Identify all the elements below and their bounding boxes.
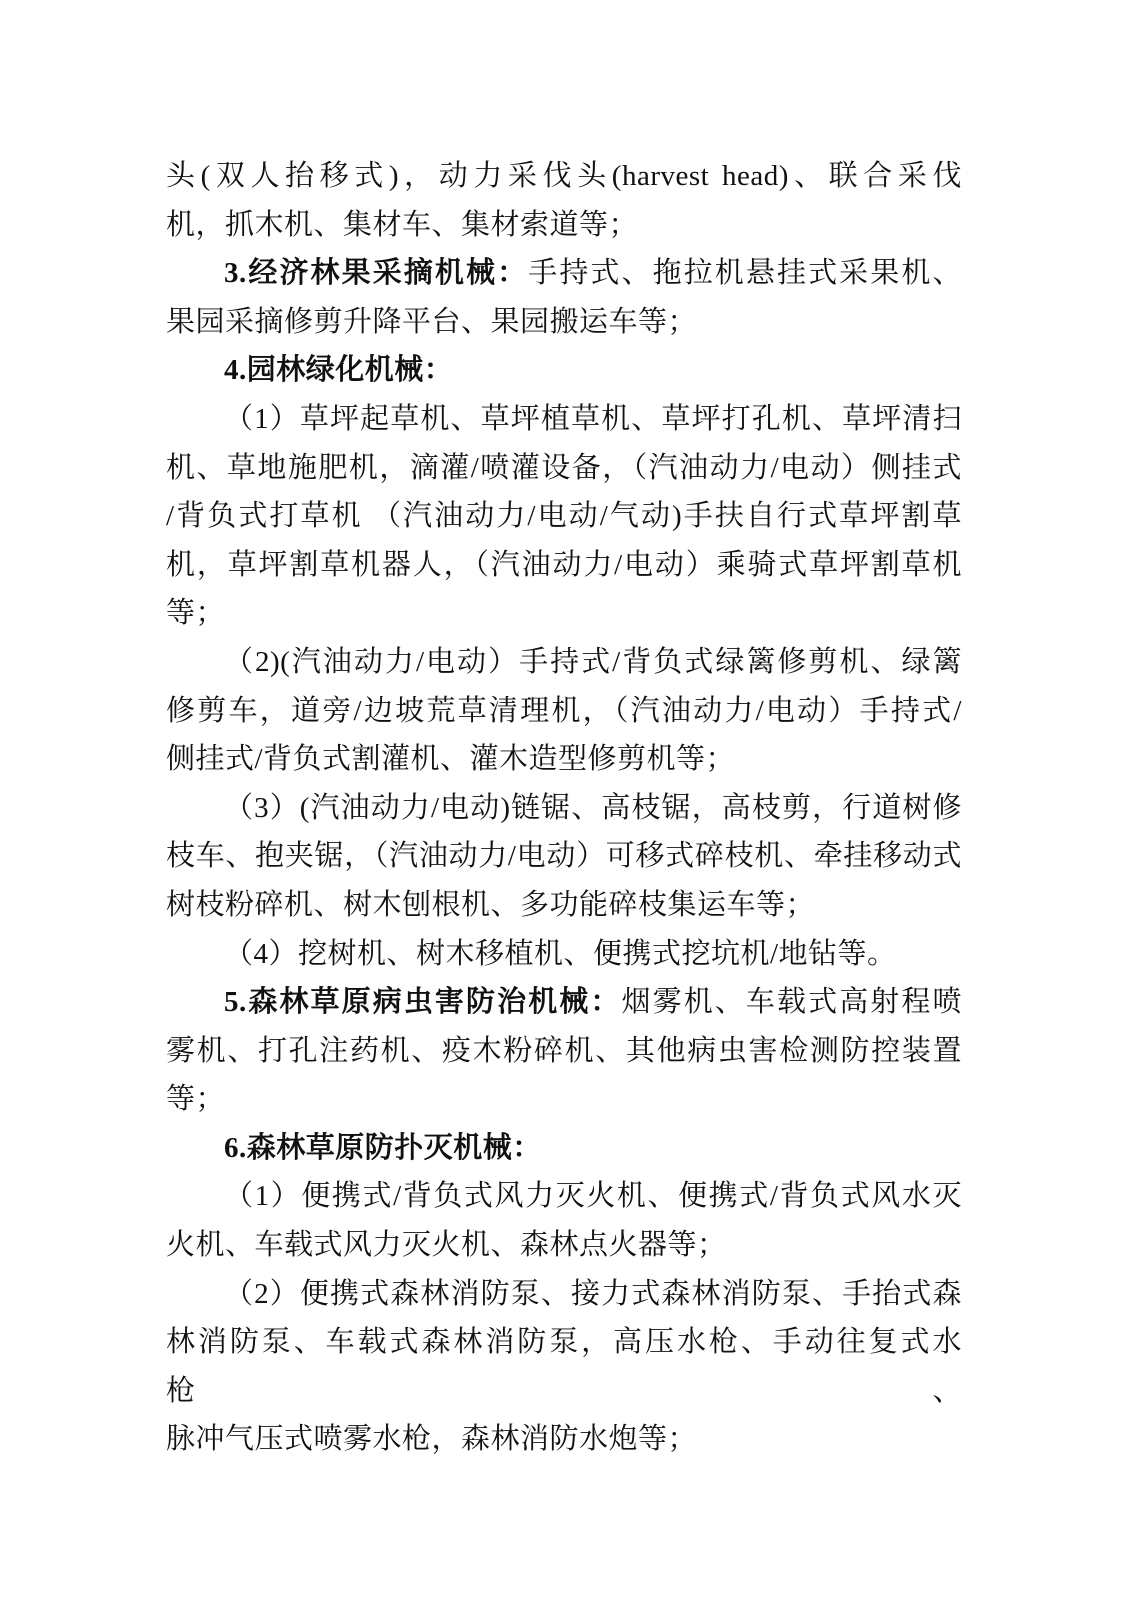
text-segment: 机，草坪割草机器人，（汽油动力/电动）乘骑式草坪割草机 xyxy=(166,549,962,581)
text-line: 果园采摘修剪升降平台、果园搬运车等； xyxy=(166,298,962,347)
text-segment: 等； xyxy=(166,1083,225,1115)
text-segment: 烟雾机、车载式高射程喷 xyxy=(622,986,962,1018)
text-segment: （4）挖树机、树木移植机、便携式挖坑机/地钻等。 xyxy=(224,938,897,970)
text-line: 4.园林绿化机械： xyxy=(166,346,962,395)
text-segment: 机、草地施肥机，滴灌/喷灌设备，（汽油动力/电动）侧挂式 xyxy=(166,452,962,484)
text-segment: 脉冲气压式喷雾水枪，森林消防水炮等； xyxy=(166,1423,697,1455)
text-segment: 机，抓木机、集材车、集材索道等； xyxy=(166,209,638,241)
text-line: 林消防泵、车载式森林消防泵，高压水枪、手动往复式水枪、 xyxy=(166,1318,962,1415)
text-segment: 头(双人抬移式)，动力采伐头(harvest head)、联合采伐 xyxy=(166,160,962,192)
text-line: 火机、车载式风力灭火机、森林点火器等； xyxy=(166,1221,962,1270)
text-line: （1）便携式/背负式风力灭火机、便携式/背负式风水灭 xyxy=(166,1172,962,1221)
text-line: 5.森林草原病虫害防治机械：烟雾机、车载式高射程喷 xyxy=(166,978,962,1027)
text-line: 机，抓木机、集材车、集材索道等； xyxy=(166,201,962,250)
text-line: 侧挂式/背负式割灌机、灌木造型修剪机等； xyxy=(166,735,962,784)
text-segment: （1）草坪起草机、草坪植草机、草坪打孔机、草坪清扫 xyxy=(224,403,962,435)
text-segment: 树枝粉碎机、树木刨根机、多功能碎枝集运车等； xyxy=(166,889,815,921)
text-segment: 等； xyxy=(166,597,225,629)
text-line: 6.森林草原防扑灭机械： xyxy=(166,1124,962,1173)
text-line: 修剪车，道旁/边坡荒草清理机，（汽油动力/电动）手持式/ xyxy=(166,687,962,736)
text-line: 机、草地施肥机，滴灌/喷灌设备，（汽油动力/电动）侧挂式 xyxy=(166,444,962,493)
text-segment: （3）(汽油动力/电动)链锯、高枝锯，高枝剪，行道树修 xyxy=(224,792,962,824)
text-line: 头(双人抬移式)，动力采伐头(harvest head)、联合采伐 xyxy=(166,152,962,201)
text-line: （3）(汽油动力/电动)链锯、高枝锯，高枝剪，行道树修 xyxy=(166,784,962,833)
text-line: 脉冲气压式喷雾水枪，森林消防水炮等； xyxy=(166,1415,962,1464)
text-line: 树枝粉碎机、树木刨根机、多功能碎枝集运车等； xyxy=(166,881,962,930)
text-segment: /背负式打草机 （汽油动力/电动/气动)手扶自行式草坪割草 xyxy=(166,500,962,532)
text-segment: 林消防泵、车载式森林消防泵，高压水枪、手动往复式水枪、 xyxy=(166,1326,962,1407)
text-line: 机，草坪割草机器人，（汽油动力/电动）乘骑式草坪割草机 xyxy=(166,541,962,590)
text-block: 头(双人抬移式)，动力采伐头(harvest head)、联合采伐机，抓木机、集… xyxy=(166,152,962,1464)
text-line: （2）便携式森林消防泵、接力式森林消防泵、手抬式森 xyxy=(166,1270,962,1319)
heading-segment: 6.森林草原防扑灭机械： xyxy=(224,1132,542,1164)
text-segment: 手持式、拖拉机悬挂式采果机、 xyxy=(528,257,962,289)
text-segment: 雾机、打孔注药机、疫木粉碎机、其他病虫害检测防控装置 xyxy=(166,1035,962,1067)
text-segment: 火机、车载式风力灭火机、森林点火器等； xyxy=(166,1229,727,1261)
text-line: /背负式打草机 （汽油动力/电动/气动)手扶自行式草坪割草 xyxy=(166,492,962,541)
text-line: 3.经济林果采摘机械：手持式、拖拉机悬挂式采果机、 xyxy=(166,249,962,298)
text-segment: （1）便携式/背负式风力灭火机、便携式/背负式风水灭 xyxy=(224,1180,962,1212)
text-line: 雾机、打孔注药机、疫木粉碎机、其他病虫害检测防控装置 xyxy=(166,1027,962,1076)
text-segment: 果园采摘修剪升降平台、果园搬运车等； xyxy=(166,306,697,338)
text-segment: 枝车、抱夹锯，（汽油动力/电动）可移式碎枝机、牵挂移动式 xyxy=(166,840,962,872)
text-segment: （2）便携式森林消防泵、接力式森林消防泵、手抬式森 xyxy=(224,1278,962,1310)
heading-segment: 5.森林草原病虫害防治机械： xyxy=(224,986,622,1018)
text-line: （4）挖树机、树木移植机、便携式挖坑机/地钻等。 xyxy=(166,930,962,979)
text-line: 枝车、抱夹锯，（汽油动力/电动）可移式碎枝机、牵挂移动式 xyxy=(166,832,962,881)
text-line: 等； xyxy=(166,589,962,638)
text-segment: 侧挂式/背负式割灌机、灌木造型修剪机等； xyxy=(166,743,735,775)
text-line: 等； xyxy=(166,1075,962,1124)
heading-segment: 4.园林绿化机械： xyxy=(224,354,453,386)
text-line: （2)(汽油动力/电动）手持式/背负式绿篱修剪机、绿篱 xyxy=(166,638,962,687)
text-segment: （2)(汽油动力/电动）手持式/背负式绿篱修剪机、绿篱 xyxy=(224,646,962,678)
text-segment: 修剪车，道旁/边坡荒草清理机，（汽油动力/电动）手持式/ xyxy=(166,695,962,727)
text-line: （1）草坪起草机、草坪植草机、草坪打孔机、草坪清扫 xyxy=(166,395,962,444)
document-page: 头(双人抬移式)，动力采伐头(harvest head)、联合采伐机，抓木机、集… xyxy=(0,0,1131,1600)
heading-segment: 3.经济林果采摘机械： xyxy=(224,257,528,289)
